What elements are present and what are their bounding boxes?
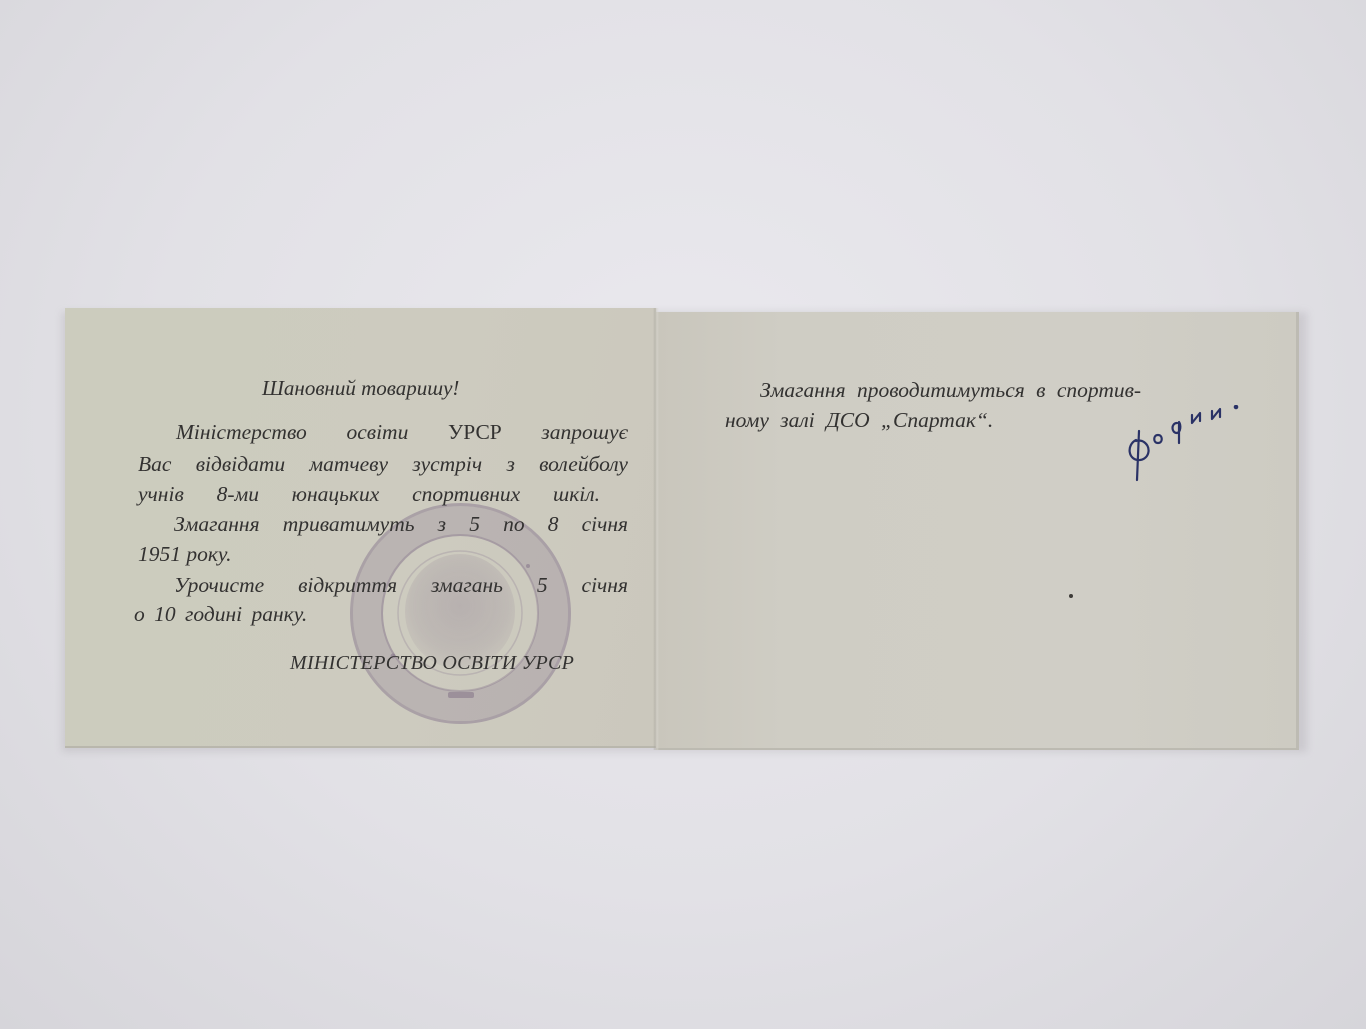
word: запрошує — [541, 420, 628, 445]
word: відвідати — [196, 452, 285, 477]
word: юнацьких — [292, 482, 379, 507]
word: з — [438, 512, 446, 537]
body-line-2: Вас відвідати матчеву зустріч з волейбол… — [138, 452, 628, 477]
word: УРСР — [448, 420, 502, 445]
paper-speck — [1069, 594, 1073, 598]
word: січня — [582, 573, 628, 598]
word: спортивних — [412, 482, 520, 507]
word: учнів — [138, 482, 184, 507]
word: по — [503, 512, 525, 537]
word: освіти — [346, 420, 408, 445]
seal-ring-icon — [353, 506, 568, 721]
right-line-1: Змагання проводитимуться в спортив- — [760, 378, 1216, 403]
body-line-5: 1951 року. — [138, 542, 232, 567]
word: січня — [582, 512, 628, 537]
word: 8 — [548, 512, 559, 537]
word: матчеву — [309, 452, 388, 477]
word: Міністерство — [176, 420, 307, 445]
body-line-3: учнів 8-ми юнацьких спортивних шкіл. — [138, 482, 600, 507]
signature: МІНІСТЕРСТВО ОСВІТИ УРСР — [290, 652, 574, 675]
word: триватимуть — [283, 512, 415, 537]
word: з — [506, 452, 514, 477]
word: 5 — [537, 573, 548, 598]
body-line-1: Міністерство освіти УРСР запрошує — [176, 420, 628, 445]
body-line-7: о 10 годині ранку. — [134, 602, 307, 627]
right-line-1-text: Змагання проводитимуться в спортив- — [760, 378, 1141, 403]
word: Урочисте — [174, 573, 264, 598]
word: шкіл. — [553, 482, 600, 507]
word: Змагання — [174, 512, 260, 537]
center-fold — [653, 308, 659, 750]
right-line-2: ному залі ДСО „Спартак“. — [725, 408, 993, 433]
word: волейболу — [539, 452, 628, 477]
greeting: Шановний товаришу! — [262, 376, 459, 401]
word: змагань — [431, 573, 503, 598]
word: відкриття — [298, 573, 397, 598]
body-line-4: Змагання триватимуть з 5 по 8 січня — [174, 512, 628, 537]
body-line-6: Урочисте відкриття змагань 5 січня — [174, 573, 628, 598]
word: зустріч — [412, 452, 482, 477]
word: 5 — [469, 512, 480, 537]
word: 8-ми — [217, 482, 259, 507]
handwritten-note-icon — [1122, 405, 1262, 485]
word: Вас — [138, 452, 171, 477]
